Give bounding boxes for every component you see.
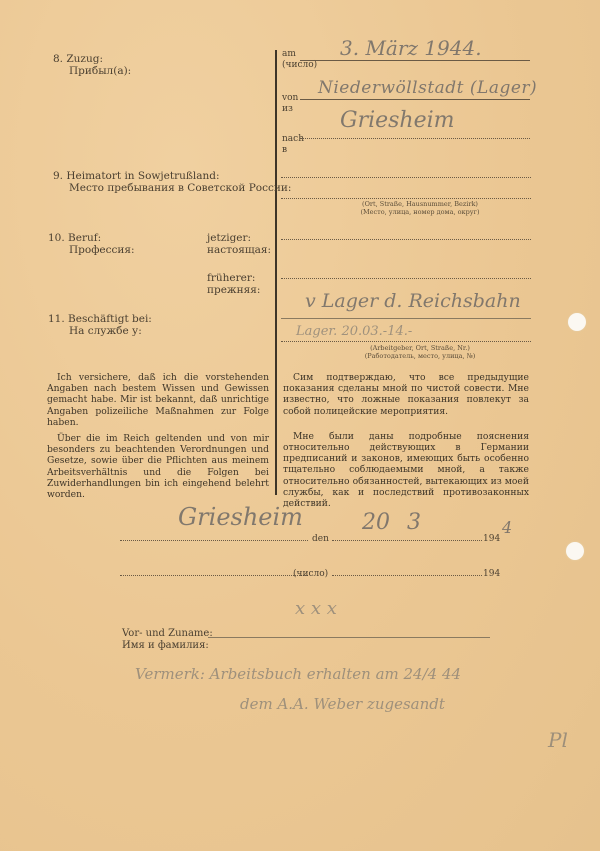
field-10-label: 10. Beruf: Профессия: <box>48 232 135 256</box>
date-value[interactable]: 20 3 <box>362 510 421 535</box>
von-label: von из <box>282 93 298 115</box>
date-line <box>332 540 482 541</box>
declaration-de-p2: Über die im Reich geltenden und von mir … <box>47 433 269 500</box>
hometown-caption: (Ort, Straße, Hausnummer, Bezirk) (Место… <box>330 200 510 216</box>
field-9-label-de: Heimatort in Sowjetrußland: <box>66 170 219 182</box>
field-10-label-de: Beruf: <box>68 232 101 244</box>
von-label-ru: из <box>282 104 293 114</box>
year-suffix[interactable]: 4 <box>502 518 512 537</box>
am-value[interactable]: 3. März 1944. <box>340 36 482 60</box>
nach-value[interactable]: Griesheim <box>340 108 455 133</box>
field-9-number: 9. <box>53 170 63 182</box>
nach-label-ru: в <box>282 145 287 155</box>
employer-caption-ru: (Работодатель, место, улица, №) <box>365 352 476 360</box>
employer-value-2[interactable]: Lager. 20.03.-14.- <box>296 324 412 339</box>
place-line <box>120 540 308 541</box>
declaration-ru: Сим подтверждаю, что все предыдущие пока… <box>283 372 529 514</box>
field-11-number: 11. <box>48 313 65 325</box>
declaration-de-p1: Ich versichere, daß ich die vorstehenden… <box>47 372 269 428</box>
hometown-line-1 <box>281 177 531 178</box>
von-label-de: von <box>282 93 298 103</box>
place-line-ru <box>120 575 308 576</box>
employer-caption: (Arbeitgeber, Ort, Straße, Nr.) (Работод… <box>330 344 510 360</box>
signature-label-de: Vor- und Zuname: <box>122 628 213 639</box>
den-label: den <box>312 534 329 545</box>
nach-line <box>300 138 530 139</box>
field-10-number: 10. <box>48 232 65 244</box>
field-9-label-ru: Место пребывания в Советской России: <box>53 182 291 194</box>
employer-caption-de: (Arbeitgeber, Ort, Straße, Nr.) <box>370 344 470 352</box>
am-label-ru: (число) <box>282 60 317 70</box>
field-8-label-ru: Прибыл(а): <box>53 65 131 77</box>
punch-hole-top <box>568 313 586 331</box>
field-10-label-ru: Профессия: <box>48 244 135 256</box>
field-8-number: 8. <box>53 53 63 65</box>
current-profession-label: jetziger: настоящая: <box>207 232 271 256</box>
former-de: früherer: <box>207 272 255 284</box>
hometown-caption-ru: (Место, улица, номер дома, округ) <box>360 208 479 216</box>
field-11-label-de: Beschäftigt bei: <box>68 313 152 325</box>
note-initials: Pl <box>548 728 568 752</box>
signature-label-ru: Имя и фамилия: <box>122 640 209 651</box>
field-11-label: 11. Beschäftigt bei: На службе у: <box>48 313 152 337</box>
place-value[interactable]: Griesheim <box>178 503 303 531</box>
employer-value-1[interactable]: v Lager d. Reichsbahn <box>305 290 521 312</box>
nach-label-de: nach <box>282 134 304 144</box>
signature-marks[interactable]: x x x <box>295 598 337 619</box>
column-divider <box>275 50 277 495</box>
year-label: 194 <box>483 534 500 545</box>
signature-label: Vor- und Zuname: Имя и фамилия: <box>122 628 213 652</box>
hometown-line-2 <box>281 198 531 199</box>
current-ru: настоящая: <box>207 244 271 256</box>
field-9-label: 9. Heimatort in Sowjetrußland: Место пре… <box>53 170 291 194</box>
signature-line <box>208 637 490 638</box>
note-line-2: dem A.A. Weber zugesandt <box>240 695 445 713</box>
von-line <box>300 99 530 100</box>
note-line-1: Vermerk: Arbeitsbuch erhalten am 24/4 44 <box>135 665 461 683</box>
declaration-ru-p2: Мне были даны подробные пояснения относи… <box>283 431 529 509</box>
am-line <box>300 60 530 61</box>
date-line-ru <box>332 575 482 576</box>
field-11-label-ru: На службе у: <box>48 325 142 337</box>
field-8-label: 8. Zuzug: Прибыл(а): <box>53 53 131 77</box>
former-profession-label: früherer: прежняя: <box>207 272 260 296</box>
year-prefix: 194 <box>483 534 500 544</box>
former-profession-line <box>281 278 531 279</box>
declaration-de: Ich versichere, daß ich die vorstehenden… <box>47 372 269 505</box>
year-label-ru: 194 <box>483 569 500 580</box>
former-ru: прежняя: <box>207 284 260 296</box>
chislo-label: (число) <box>293 569 328 580</box>
employer-line-2 <box>281 341 531 342</box>
hometown-caption-de: (Ort, Straße, Hausnummer, Bezirk) <box>362 200 478 208</box>
declaration-ru-p1: Сим подтверждаю, что все предыдущие пока… <box>283 372 529 417</box>
employer-line-1 <box>281 318 531 319</box>
current-de: jetziger: <box>207 232 251 244</box>
field-8-label-de: Zuzug: <box>66 53 103 65</box>
punch-hole-bottom <box>566 542 584 560</box>
am-label-de: am <box>282 49 296 59</box>
current-profession-line <box>281 239 531 240</box>
von-value[interactable]: Niederwöllstadt (Lager) <box>318 78 537 98</box>
